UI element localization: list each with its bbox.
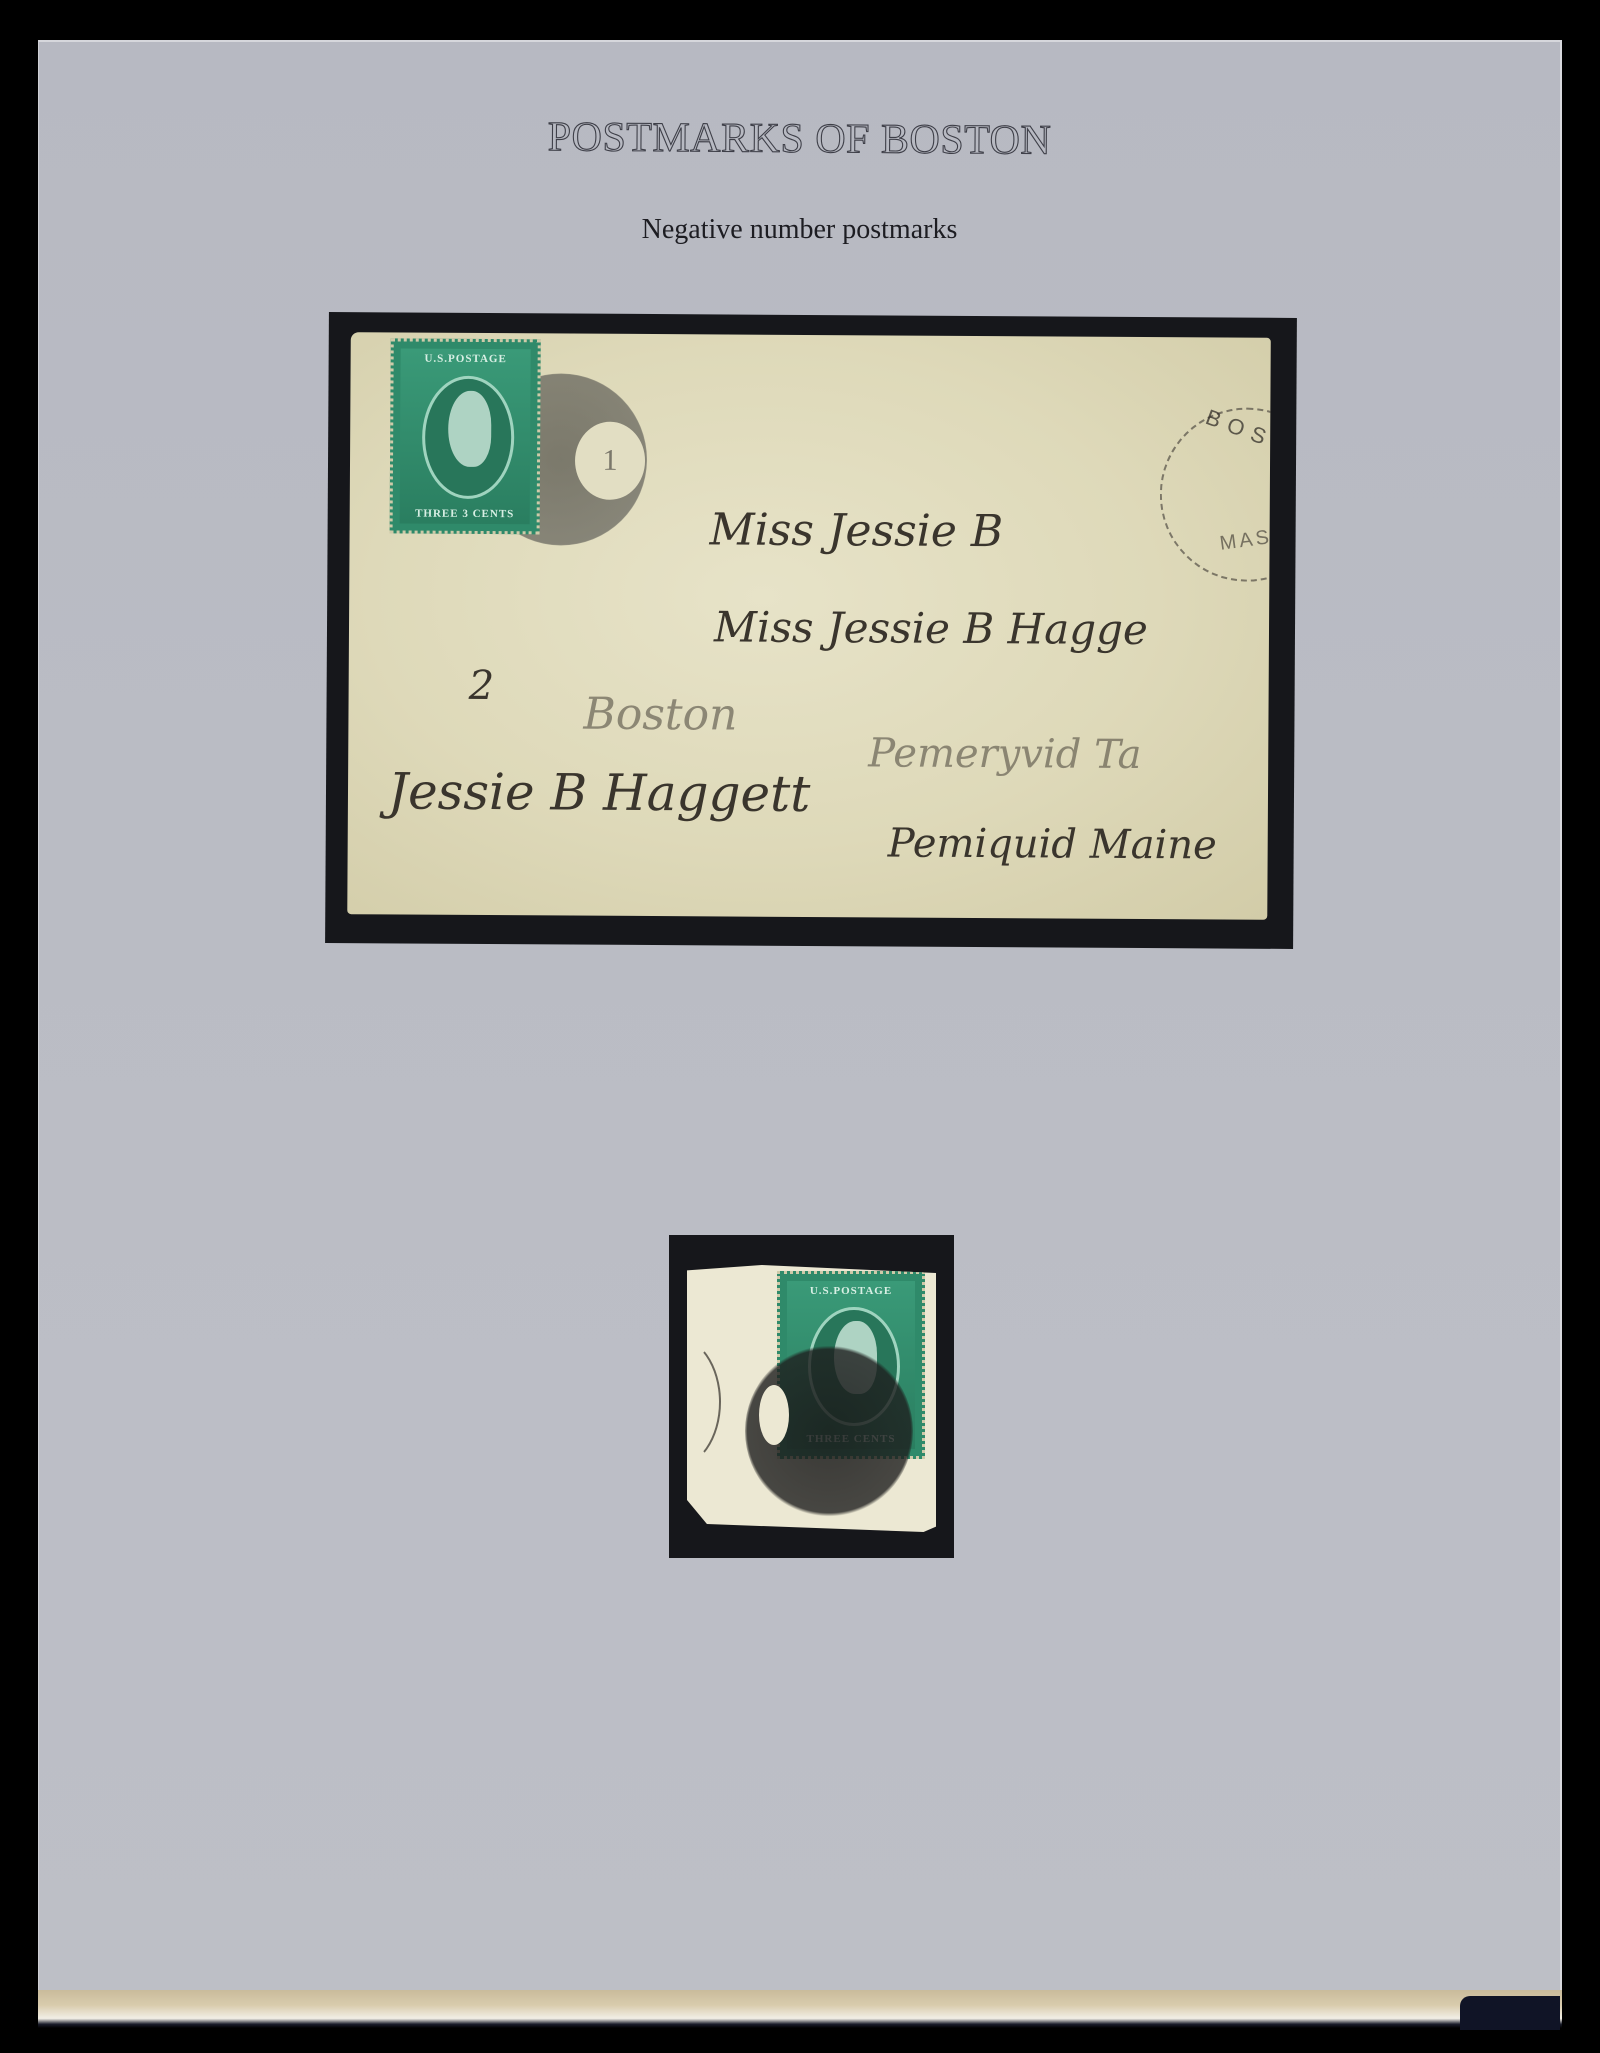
album-binding-strip <box>38 1990 1562 2028</box>
piece-mount: U.S.POSTAGE THREE CENTS <box>669 1235 954 1558</box>
manuscript-line: Miss Jessie B Hagge <box>714 602 1148 654</box>
cds-state: MASS. <box>1218 523 1270 556</box>
manuscript-line: Pemeryvid Ta <box>868 730 1142 778</box>
negative-number <box>759 1385 789 1445</box>
page-subtitle: Negative number postmarks <box>39 214 1560 246</box>
album-page: POSTMARKS OF BOSTON Negative number post… <box>38 40 1562 2006</box>
cover-mount: 1 U.S.POSTAGE THREE 3 CENTS BOSTON MASS.… <box>325 312 1297 949</box>
envelope-cover: 1 U.S.POSTAGE THREE 3 CENTS BOSTON MASS.… <box>347 332 1271 920</box>
stamp-top-text: U.S.POSTAGE <box>394 353 538 366</box>
stamp-on-piece: U.S.POSTAGE THREE CENTS <box>687 1265 936 1532</box>
portrait-icon <box>448 391 492 467</box>
stamp-top-text: U.S.POSTAGE <box>780 1285 922 1297</box>
manuscript-line: Miss Jessie B <box>709 504 1003 557</box>
page-title: POSTMARKS OF BOSTON <box>39 110 1560 169</box>
cds-town: BOSTON <box>1202 404 1271 477</box>
boston-cds-postmark: BOSTON MASS. <box>1159 407 1270 582</box>
negative-number-cancel <box>745 1345 913 1517</box>
stamp-bottom-text: THREE 3 CENTS <box>393 507 537 520</box>
binding-ring <box>1460 1996 1560 2030</box>
manuscript-line: Boston <box>583 689 737 741</box>
negative-number: 1 <box>575 422 645 500</box>
manuscript-line: Pemiquid Maine <box>888 820 1217 868</box>
stamp-3c-green: U.S.POSTAGE THREE 3 CENTS <box>390 338 541 534</box>
manuscript-line: 2 <box>469 663 495 709</box>
manuscript-line: Jessie B Haggett <box>388 762 811 823</box>
partial-cds-arc <box>627 1335 721 1469</box>
